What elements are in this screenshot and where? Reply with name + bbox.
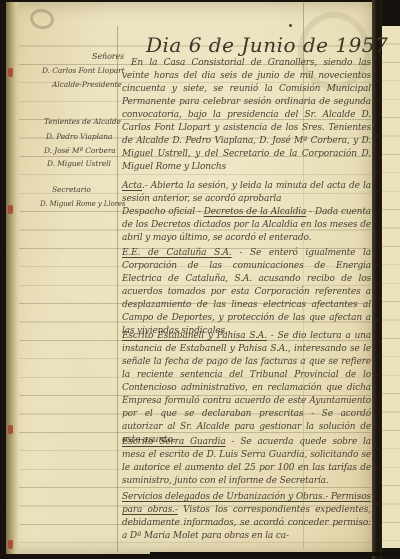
paragraph-serra-guardia: Escrito Serra Guardia - Se acuerda quede… (122, 436, 371, 488)
paragraph-heading: Escrito Serra Guardia (122, 437, 226, 447)
next-page-edge (382, 26, 400, 548)
paragraph-acta: Acta.- Abierta la sesión, y leida la min… (122, 180, 371, 206)
paragraph-ee-cataluna: E.E. de Cataluña S.A. - Se enteró igualm… (122, 247, 371, 338)
paragraph-heading: Escrito Estabanell y Pahisa S.A. (122, 331, 267, 341)
paragraph-despacho-oficial: Despacho oficial - Decretos de la Alcald… (122, 206, 371, 245)
paragraph-intro: En la Casa Consistorial de Granollers, s… (122, 57, 371, 174)
ink-dot (289, 24, 292, 27)
book-binding-edge (6, 2, 19, 554)
scan-bottom-edge (150, 552, 400, 556)
paragraph-servicios-obras: Servicios delegados de Urbanización y Ob… (122, 491, 371, 543)
binding-stitch (8, 425, 13, 434)
paragraph-estabanell-pahisa: Escrito Estabanell y Pahisa S.A. - Se di… (122, 330, 371, 447)
attendee-secretario-name: D. Miguel Rome y Llores (40, 200, 125, 208)
paragraph-text: - Se dio lectura a una instancia de Esta… (122, 331, 371, 445)
attendees-secretario-label: Secretario (52, 185, 91, 194)
attendees-tenientes-label: Tenientes de Alcalde (44, 117, 121, 126)
binding-stitch (8, 205, 13, 214)
paragraph-text: En la Casa Consistorial de Granollers, s… (122, 58, 371, 172)
attendee-teniente-2: D. José Mª Corbera (44, 146, 116, 155)
scanned-ledger-page: Dia 6 de Junio de 1957 Señores D. Carlos… (0, 0, 400, 559)
margin-separator-line (117, 26, 118, 552)
paragraph-text: .- Abierta la sesión, y leida la minuta … (122, 181, 371, 204)
attendee-teniente-1: D. Pedro Viaplana (46, 132, 112, 141)
session-date-title: Dia 6 de Junio de 1957 (146, 33, 372, 57)
attendee-alcalde-name: D. Carlos Font Llopart (42, 66, 125, 75)
binding-stitch (8, 68, 13, 77)
attendees-senores-label: Señores (92, 52, 124, 61)
attendee-alcalde-role: Alcalde-Presidente (52, 80, 122, 89)
page-gutter-shadow (372, 0, 382, 559)
binding-stitch (8, 540, 13, 549)
paragraph-heading: E.E. de Cataluña S.A. (122, 248, 232, 258)
paragraph-text: - Se enteró igualmente la Corporación de… (122, 248, 371, 336)
paragraph-heading: Decretos de la Alcaldia (204, 207, 307, 217)
paragraph-heading: Acta (122, 181, 142, 191)
paragraph-prefix: Despacho oficial - (122, 207, 204, 217)
attendee-teniente-3: D. Miguel Ustrell (47, 159, 111, 168)
